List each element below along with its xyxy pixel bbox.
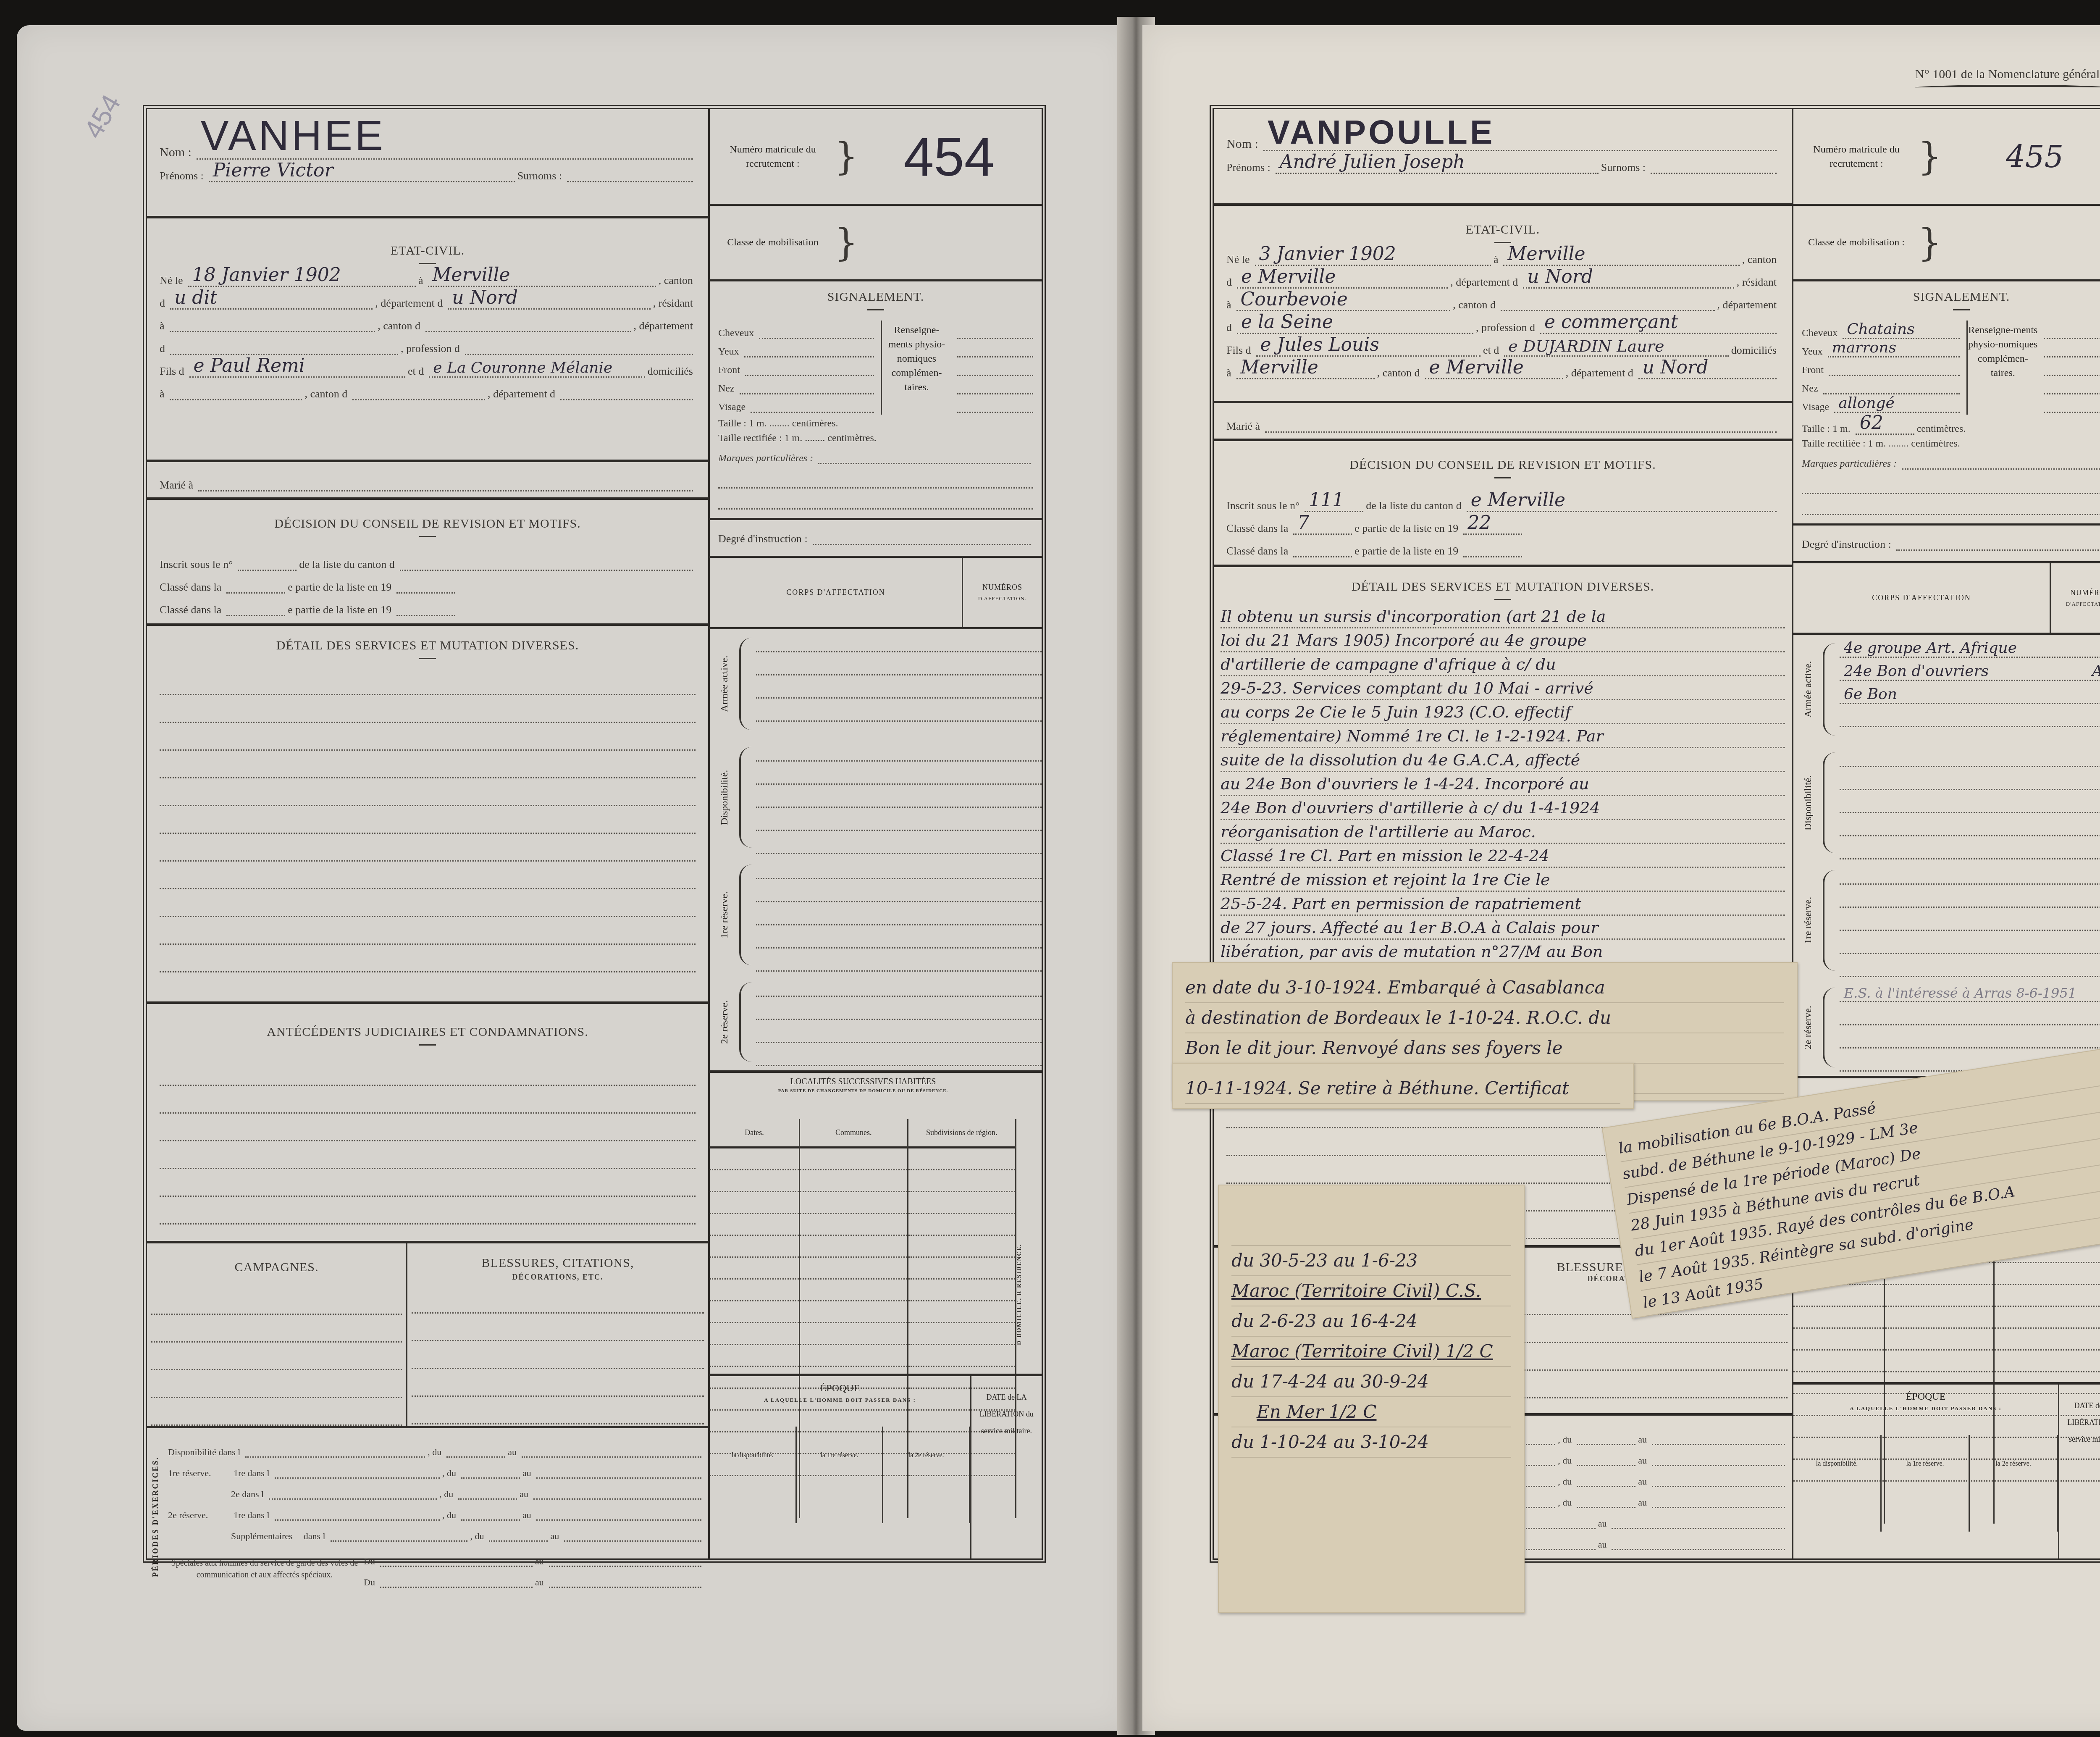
open-register-book: 454 455 N° 1001 de la Nomenclature génér… bbox=[0, 0, 2100, 1737]
du-label: , du bbox=[428, 1447, 441, 1458]
r1-1-label: 1re dans l bbox=[234, 1468, 270, 1479]
nez-label: Nez bbox=[718, 383, 735, 394]
brace-icon: } bbox=[1918, 134, 1942, 179]
affectation-header-right: CORPS D'AFFECTATION NUMÉROSD'AFFECTATION… bbox=[1793, 563, 2100, 635]
epoque-reserve-1: la 1re réserve. bbox=[797, 1427, 884, 1523]
slip-line: en date du 3-10-1924. Embarqué à Casabla… bbox=[1185, 973, 1784, 1003]
campagne-line: Maroc (Territoire Civil) 1/2 C bbox=[1231, 1337, 1511, 1367]
matricule-value: 454 bbox=[865, 125, 1033, 188]
decision-section-right: DÉCISION DU CONSEIL DE REVISION ET MOTIF… bbox=[1214, 441, 1792, 567]
blessures-column: BLESSURES, CITATIONS, DÉCORATIONS, ETC. bbox=[407, 1243, 708, 1426]
au-label-r3: au bbox=[1638, 1476, 1647, 1487]
marie-section: Marié à bbox=[147, 462, 708, 500]
birth-place: Merville bbox=[432, 264, 510, 286]
reserve-1-affectation-label: 1re réserve. bbox=[710, 856, 739, 974]
reserve-1-label: 1re réserve. bbox=[168, 1468, 231, 1479]
campagne-line: du 30-5-23 au 1-6-23 bbox=[1231, 1246, 1511, 1276]
brace-icon: } bbox=[1918, 221, 1942, 265]
canton-label-right: , canton bbox=[1742, 253, 1777, 266]
classe-label: Classe de mobilisation bbox=[718, 237, 827, 248]
residence-canton-label: , canton d bbox=[378, 320, 420, 332]
disponibilite-label-right: Disponibilité. bbox=[1793, 744, 1823, 862]
du-label-4: , du bbox=[442, 1510, 456, 1521]
services-line: au 24e Bon d'ouvriers le 1-4-24. Incorpo… bbox=[1221, 772, 1785, 796]
residence-departement-right: e la Seine bbox=[1241, 311, 1333, 333]
classe-1-label-right: Classé dans la bbox=[1226, 522, 1288, 535]
etat-civil-section: ETAT-CIVIL. Né le 18 Janvier 1902 à Merv… bbox=[147, 218, 708, 462]
campagne-line: du 17-4-24 au 30-9-24 bbox=[1231, 1367, 1511, 1397]
form-main-column: Nom : VANHEE Prénoms : Pierre Victor Sur… bbox=[147, 109, 710, 1558]
classe-annee: 22 bbox=[1467, 512, 1491, 533]
partie-label-right: e partie de la liste en 19 bbox=[1354, 522, 1458, 535]
nom-label-right: Nom : bbox=[1226, 137, 1258, 151]
residant-label: , résidant bbox=[653, 297, 693, 310]
du-cap-label-2: Du bbox=[364, 1577, 375, 1588]
marie-label: Marié à bbox=[160, 479, 193, 491]
dom-a-label-right: à bbox=[1226, 367, 1231, 379]
au-label-6: au bbox=[535, 1556, 544, 1567]
epoque-title: ÉPOQUE bbox=[710, 1383, 970, 1394]
affectation-corps-3: 6e Bon bbox=[1844, 686, 1897, 703]
blessures-subtitle: DÉCORATIONS, ETC. bbox=[412, 1273, 704, 1282]
residence-right: Courbevoie bbox=[1241, 289, 1348, 310]
epoque-disponibilite-right: la disponibilité. bbox=[1793, 1435, 1882, 1532]
cheveux-label: Cheveux bbox=[718, 328, 754, 339]
campagne-line: du 2-6-23 au 16-4-24 bbox=[1231, 1306, 1511, 1337]
prenoms-value-right: André Julien Joseph bbox=[1280, 151, 1465, 173]
a-label: à bbox=[418, 274, 423, 287]
marie-section-right: Marié à bbox=[1214, 403, 1792, 441]
visage-value: allongé bbox=[1838, 394, 1895, 412]
localites-title: LOCALITÉS SUCCESSIVES HABITÉES bbox=[710, 1077, 1016, 1087]
classe-partie: 7 bbox=[1297, 512, 1309, 533]
cheveux-value: Chatains bbox=[1847, 321, 1914, 338]
residence-a-label: à bbox=[160, 320, 165, 332]
form-side-column: Numéro matricule du recrutement : } 454 … bbox=[710, 109, 1042, 1558]
surnoms-label-right: Surnoms : bbox=[1601, 161, 1646, 174]
r2-1-label: 1re dans l bbox=[234, 1510, 270, 1521]
recruitment-form-vanhee: Nom : VANHEE Prénoms : Pierre Victor Sur… bbox=[143, 105, 1046, 1563]
renseignements-label-right: Renseigne-ments physio-nomiques compléme… bbox=[1968, 321, 2038, 415]
taille-value: 62 bbox=[1860, 412, 1883, 434]
degre-instruction-box-right: Degré d'instruction : bbox=[1793, 526, 2100, 563]
speciales-label: Spéciales aux hommes du service de garde… bbox=[168, 1557, 361, 1581]
reserve-2-label: 2e réserve. bbox=[168, 1510, 231, 1521]
birth-date-right: 3 Janvier 1902 bbox=[1259, 243, 1396, 265]
taille-suffix: centimètres. bbox=[1917, 423, 1966, 435]
corps-affectation-label: CORPS D'AFFECTATION bbox=[710, 558, 962, 627]
et-label-right: et d bbox=[1483, 344, 1499, 357]
partie-label-right-2: e partie de la liste en 19 bbox=[1354, 545, 1458, 557]
au-label-2: au bbox=[522, 1468, 531, 1479]
mother-name: e La Couronne Mélanie bbox=[433, 359, 612, 376]
campagne-line: du 1-10-24 au 3-10-24 bbox=[1231, 1427, 1511, 1458]
residence-departement-label: , département bbox=[634, 320, 693, 332]
au-label-r6: au bbox=[1598, 1539, 1607, 1550]
dom-canton-label: , canton d bbox=[304, 388, 347, 400]
reserve-2-block: 2e réserve. bbox=[710, 974, 1042, 1070]
signalement-box-right: SIGNALEMENT. CheveuxChatains Yeuxmarrons… bbox=[1793, 281, 2100, 526]
brace-icon: } bbox=[834, 221, 858, 265]
armee-active-block-right: Armée active. 4e groupe Art. Afrique 24e… bbox=[1793, 635, 2100, 744]
reserve-2-affectation-label-right: 2e réserve. bbox=[1793, 979, 1823, 1076]
services-text: Il obtenu un sursis d'incorporation (art… bbox=[1221, 604, 1785, 964]
profession-right: e commerçant bbox=[1544, 311, 1678, 333]
armee-active-block: Armée active. bbox=[710, 629, 1042, 738]
services-line: Classé 1re Cl. Part en mission le 22-4-2… bbox=[1221, 844, 1785, 868]
au-label-r1: au bbox=[1638, 1434, 1647, 1445]
cheveux-label-right: Cheveux bbox=[1802, 328, 1837, 339]
epoque-title-right: ÉPOQUE bbox=[1793, 1391, 2058, 1403]
corps-affectation-label-right: CORPS D'AFFECTATION bbox=[1793, 563, 2050, 633]
reserve-1-block: 1re réserve. bbox=[710, 856, 1042, 974]
canton-label: , canton bbox=[659, 274, 693, 287]
services-title: DÉTAIL DES SERVICES ET MUTATION DIVERSES… bbox=[160, 639, 696, 659]
profession-label-right: , profession d bbox=[1476, 321, 1535, 334]
dom-departement-label: , département d bbox=[488, 388, 555, 400]
communes-column-header: Communes. bbox=[800, 1119, 907, 1148]
taille-rectifiee-label-right: Taille rectifiée : 1 m. ........ centimè… bbox=[1802, 438, 1960, 449]
father-name: e Paul Remi bbox=[194, 355, 305, 376]
nom-label: Nom : bbox=[160, 145, 192, 160]
dom-canton-label-right: , canton d bbox=[1377, 367, 1420, 379]
prenoms-value: Pierre Victor bbox=[213, 160, 333, 181]
residence-canton-label-right: , canton d bbox=[1453, 299, 1496, 311]
campagnes-title: CAMPAGNES. bbox=[151, 1260, 402, 1275]
mother-name-right: e DUJARDIN Laure bbox=[1508, 337, 1664, 355]
renseignements-label: Renseigne-ments physio-nomiques compléme… bbox=[882, 321, 951, 415]
du-label-r3: , du bbox=[1558, 1476, 1572, 1487]
epoque-subtitle: A LAQUELLE L'HOMME DOIT PASSER DANS : bbox=[710, 1397, 970, 1403]
classe-2-label: Classé dans la bbox=[160, 604, 221, 616]
ne-le-label: Né le bbox=[160, 274, 183, 287]
disponibilite-block-right: Disponibilité. bbox=[1793, 744, 2100, 862]
etat-civil-title: ETAT-CIVIL. bbox=[160, 244, 696, 264]
inscrit-number: 111 bbox=[1309, 489, 1344, 511]
d-label-right-2: d bbox=[1226, 321, 1232, 334]
dom-a-right: Merville bbox=[1241, 357, 1318, 378]
classe-box: Classe de mobilisation } bbox=[710, 206, 1042, 281]
armee-active-label: Armée active. bbox=[710, 629, 739, 738]
services-line: loi du 21 Mars 1905) Incorporé au 4e gro… bbox=[1221, 628, 1785, 652]
slip-line: Bon le dit jour. Renvoyé dans ses foyers… bbox=[1185, 1033, 1784, 1064]
au-label-4: au bbox=[522, 1510, 531, 1521]
au-label: au bbox=[508, 1447, 517, 1458]
departement-label-right: , département d bbox=[1450, 276, 1518, 289]
matricule-label-right: Numéro matricule du recrutement : bbox=[1802, 142, 1911, 171]
classe-label-right: Classe de mobilisation : bbox=[1802, 237, 1911, 248]
birth-date: 18 Janvier 1902 bbox=[192, 264, 341, 286]
epoque-disponibilite: la disponibilité. bbox=[710, 1427, 797, 1523]
et-label: et d bbox=[408, 365, 424, 378]
du-cap-label: Du bbox=[364, 1556, 375, 1567]
affectation-header: CORPS D'AFFECTATION NUMÉROSD'AFFECTATION… bbox=[710, 558, 1042, 629]
campagnes-column: CAMPAGNES. bbox=[147, 1243, 407, 1426]
reserve-1-block-right: 1re réserve. bbox=[1793, 862, 2100, 979]
nomenclature-header: N° 1001 de la Nomenclature générale. bbox=[1915, 67, 2100, 90]
matricule-box: Numéro matricule du recrutement : } 454 bbox=[710, 109, 1042, 206]
matricule-value-right: 455 bbox=[1948, 139, 2100, 174]
signalement-title: SIGNALEMENT. bbox=[718, 290, 1033, 310]
identity-section: Nom : VANHEE Prénoms : Pierre Victor Sur… bbox=[147, 109, 708, 218]
degre-label: Degré d'instruction : bbox=[718, 533, 808, 545]
front-label: Front bbox=[718, 365, 740, 376]
affectation-numero-2: Art. bbox=[2092, 662, 2100, 680]
services-line: 25-5-24. Part en permission de rapatriem… bbox=[1221, 892, 1785, 916]
etat-civil-section-right: ETAT-CIVIL. Né le 3 Janvier 1902 à Mervi… bbox=[1214, 206, 1792, 403]
taille-rectifiee-label: Taille rectifiée : 1 m. ........ centimè… bbox=[718, 433, 877, 444]
au-label-5: au bbox=[550, 1531, 559, 1542]
periodes-exercices: PÉRIODES D'EXERCICES. Disponibilité dans… bbox=[147, 1428, 708, 1605]
decision-title: DÉCISION DU CONSEIL DE REVISION ET MOTIF… bbox=[160, 517, 696, 537]
services-line: au corps 2e Cie le 5 Juin 1923 (C.O. eff… bbox=[1221, 700, 1785, 724]
visage-label-right: Visage bbox=[1802, 402, 1829, 413]
dans-label: dans l bbox=[304, 1531, 325, 1542]
dom-canton-right: e Merville bbox=[1429, 357, 1524, 378]
fils-label: Fils d bbox=[160, 365, 184, 378]
services-line: de 27 jours. Affecté au 1er B.O.A à Cala… bbox=[1221, 916, 1785, 940]
yeux-label: Yeux bbox=[718, 346, 739, 357]
services-line: Il obtenu un sursis d'incorporation (art… bbox=[1221, 604, 1785, 628]
periodes-label: PÉRIODES D'EXERCICES. bbox=[151, 1437, 168, 1596]
nez-label-right: Nez bbox=[1802, 383, 1818, 394]
epoque-block-right: ÉPOQUE A LAQUELLE L'HOMME DOIT PASSER DA… bbox=[1793, 1382, 2100, 1558]
matricule-box-right: Numéro matricule du recrutement : } 455 bbox=[1793, 109, 2100, 206]
antecedents-section: ANTÉCÉDENTS JUDICIAIRES ET CONDAMNATIONS… bbox=[147, 1004, 708, 1243]
supplementaires-label: Supplémentaires bbox=[231, 1531, 293, 1542]
services-title-right: DÉTAIL DES SERVICES ET MUTATION DIVERSES… bbox=[1221, 580, 1785, 600]
identity-section-right: Nom : VANPOULLE Prénoms : André Julien J… bbox=[1214, 109, 1792, 206]
services-line: Rentré de mission et rejoint la 1re Cie … bbox=[1221, 868, 1785, 892]
inscrit-label-right: Inscrit sous le n° bbox=[1226, 499, 1299, 512]
subdivisions-column-header: Subdivisions de région. bbox=[908, 1119, 1015, 1148]
d-label-2: d bbox=[160, 342, 165, 355]
disponibilite-block: Disponibilité. bbox=[710, 738, 1042, 856]
date-liberation-header-right: DATE de LA LIBÉRATION du service militai… bbox=[2058, 1385, 2100, 1558]
services-section: DÉTAIL DES SERVICES ET MUTATION DIVERSES… bbox=[147, 626, 708, 1004]
degre-instruction-box: Degré d'instruction : bbox=[710, 520, 1042, 558]
reserve-2-affectation-label: 2e réserve. bbox=[710, 974, 739, 1070]
armee-active-label-right: Armée active. bbox=[1793, 635, 1823, 744]
slip-line: 10-11-1924. Se retire à Béthune. Certifi… bbox=[1185, 1074, 1620, 1104]
nom-value: VANHEE bbox=[201, 112, 386, 160]
visage-label: Visage bbox=[718, 402, 745, 413]
marques-label-right: Marques particulières : bbox=[1802, 458, 1897, 470]
domicilies-label-right: domiciliés bbox=[1731, 344, 1777, 357]
departement-label: , département d bbox=[375, 297, 443, 310]
au-label-r5: au bbox=[1598, 1518, 1607, 1529]
dom-departement-right: u Nord bbox=[1643, 357, 1709, 378]
front-label-right: Front bbox=[1802, 365, 1824, 376]
birth-place-right: Merville bbox=[1507, 243, 1585, 265]
epoque-reserve-2-right: la 2e réserve. bbox=[1970, 1435, 2058, 1532]
reserve-1-affectation-label-right: 1re réserve. bbox=[1793, 862, 1823, 979]
campagne-line: En Mer 1/2 C bbox=[1231, 1397, 1511, 1427]
affectation-corps-1: 4e groupe Art. Afrique bbox=[1844, 639, 2017, 657]
classe-2-label-right: Classé dans la bbox=[1226, 545, 1288, 557]
decision-title-right: DÉCISION DU CONSEIL DE REVISION ET MOTIF… bbox=[1226, 458, 1779, 478]
du-label-5: , du bbox=[470, 1531, 484, 1542]
partie-label-2: e partie de la liste en 19 bbox=[288, 604, 391, 616]
prenoms-label-right: Prénoms : bbox=[1226, 161, 1270, 174]
birth-canton: u dit bbox=[174, 287, 217, 308]
services-line: libération, par avis de mutation n°27/M … bbox=[1221, 940, 1785, 964]
domicilies-label: domiciliés bbox=[648, 365, 693, 378]
liste-canton-label-right: de la liste du canton d bbox=[1366, 499, 1461, 512]
services-line: réorganisation de l'artillerie au Maroc. bbox=[1221, 820, 1785, 844]
decision-section: DÉCISION DU CONSEIL DE REVISION ET MOTIF… bbox=[147, 500, 708, 626]
dom-a-label: à bbox=[160, 388, 165, 400]
services-line: réglementaire) Nommé 1re Cl. le 1-2-1924… bbox=[1221, 724, 1785, 748]
du-label-r1: , du bbox=[1558, 1434, 1572, 1445]
birth-departement: u Nord bbox=[452, 287, 518, 308]
a-label-right: à bbox=[1494, 253, 1499, 266]
marie-label-right: Marié à bbox=[1226, 420, 1260, 433]
taille-label: Taille : 1 m. ........ centimères. bbox=[718, 418, 838, 429]
matricule-label: Numéro matricule du recrutement : bbox=[718, 142, 827, 171]
reserve-2-pencil-note: E.S. à l'intéressé à Arras 8-6-1951 bbox=[1844, 985, 2076, 1001]
marques-label: Marques particulières : bbox=[718, 453, 813, 464]
r1-2-label: 2e dans l bbox=[231, 1489, 264, 1500]
birth-canton-right: e Merville bbox=[1241, 266, 1336, 287]
etat-civil-title-right: ETAT-CIVIL. bbox=[1226, 223, 1779, 243]
blessures-title: BLESSURES, CITATIONS, bbox=[412, 1256, 704, 1270]
partie-label: e partie de la liste en 19 bbox=[288, 581, 391, 594]
signalement-box: SIGNALEMENT. Cheveux Yeux Front Nez Visa… bbox=[710, 281, 1042, 520]
numeros-affectation-header: NUMÉROSD'AFFECTATION. bbox=[962, 558, 1042, 627]
liste-canton-value: e Merville bbox=[1471, 489, 1565, 511]
slip-line: à destination de Bordeaux le 1-10-24. R.… bbox=[1185, 1003, 1784, 1033]
services-line: d'artillerie de campagne d'afrique à c/ … bbox=[1221, 652, 1785, 676]
au-label-r4: au bbox=[1638, 1497, 1647, 1508]
campagne-line: Maroc (Territoire Civil) C.S. bbox=[1231, 1276, 1511, 1306]
epoque-reserve-1-right: la 1re réserve. bbox=[1882, 1435, 1970, 1532]
signalement-title-right: SIGNALEMENT. bbox=[1802, 290, 2100, 310]
date-liberation-header: DATE de LA LIBÉRATION du service militai… bbox=[970, 1376, 1042, 1558]
du-label-2: , du bbox=[442, 1468, 456, 1479]
liste-canton-label: de la liste du canton d bbox=[299, 558, 394, 571]
yeux-value: marrons bbox=[1832, 339, 1896, 356]
prenoms-label: Prénoms : bbox=[160, 170, 204, 182]
du-label-r4: , du bbox=[1558, 1497, 1572, 1508]
au-label-3: au bbox=[520, 1489, 528, 1500]
classe-1-label: Classé dans la bbox=[160, 581, 221, 594]
du-label-3: , du bbox=[439, 1489, 453, 1500]
taille-label-right: Taille : 1 m. bbox=[1802, 423, 1851, 435]
dom-departement-label-right: , département d bbox=[1566, 367, 1633, 379]
numeros-affectation-header-right: NUMÉROSD'AFFECTATION. bbox=[2050, 563, 2100, 633]
birth-departement-right: u Nord bbox=[1527, 266, 1593, 287]
antecedents-title: ANTÉCÉDENTS JUDICIAIRES ET CONDAMNATIONS… bbox=[160, 1025, 696, 1046]
pasted-slip-services-end: 10-11-1924. Se retire à Béthune. Certifi… bbox=[1172, 1063, 1634, 1109]
fils-label-right: Fils d bbox=[1226, 344, 1251, 357]
degre-label-right: Degré d'instruction : bbox=[1802, 538, 1891, 551]
inscrit-label: Inscrit sous le n° bbox=[160, 558, 233, 571]
father-name-right: e Jules Louis bbox=[1260, 334, 1379, 355]
epoque-block: ÉPOQUE A LAQUELLE L'HOMME DOIT PASSER DA… bbox=[710, 1374, 1042, 1558]
dates-column-header: Dates. bbox=[710, 1119, 799, 1148]
brace-icon: } bbox=[834, 134, 858, 179]
pasted-slip-campagnes: du 30-5-23 au 1-6-23 Maroc (Territoire C… bbox=[1218, 1185, 1525, 1613]
ne-le-label-right: Né le bbox=[1226, 253, 1250, 266]
d-label-right: d bbox=[1226, 276, 1232, 289]
campagnes-blessures-section: CAMPAGNES. BLESSURES, CITATIONS, DÉCORAT… bbox=[147, 1243, 708, 1428]
affectation-corps-2: 24e Bon d'ouvriers bbox=[1844, 662, 1989, 680]
disponibilite-dans-label: Disponibilité dans l bbox=[168, 1447, 240, 1458]
services-line: suite de la dissolution du 4e G.A.C.A, a… bbox=[1221, 748, 1785, 772]
au-label-r2: au bbox=[1638, 1455, 1647, 1466]
du-label-r2: , du bbox=[1558, 1455, 1572, 1466]
surnoms-label: Surnoms : bbox=[517, 170, 562, 182]
classe-box-right: Classe de mobilisation : } bbox=[1793, 206, 2100, 281]
disponibilite-label: Disponibilité. bbox=[710, 738, 739, 856]
residence-departement-label-right: , département bbox=[1717, 299, 1777, 311]
folio-number-left: 454 bbox=[78, 89, 127, 143]
localites-subtitle: PAR SUITE DE CHANGEMENTS DE DOMICILE OU … bbox=[710, 1088, 1016, 1093]
services-line: 24e Bon d'ouvriers d'artillerie à c/ du … bbox=[1221, 796, 1785, 820]
residence-a-label-right: à bbox=[1226, 299, 1231, 311]
form-side-column-right: Numéro matricule du recrutement : } 455 … bbox=[1793, 109, 2100, 1558]
epoque-reserve-2: la 2e réserve. bbox=[883, 1427, 970, 1523]
epoque-subtitle-right: A LAQUELLE L'HOMME DOIT PASSER DANS : bbox=[1793, 1405, 2058, 1412]
yeux-label-right: Yeux bbox=[1802, 346, 1823, 357]
nom-value-right: VANPOULLE bbox=[1268, 113, 1495, 152]
profession-label: , profession d bbox=[401, 342, 460, 355]
d-label: d bbox=[160, 297, 165, 310]
residant-label-right: , résidant bbox=[1737, 276, 1777, 289]
au-label-7: au bbox=[535, 1577, 544, 1588]
services-line: 29-5-23. Services comptant du 10 Mai - a… bbox=[1221, 676, 1785, 700]
